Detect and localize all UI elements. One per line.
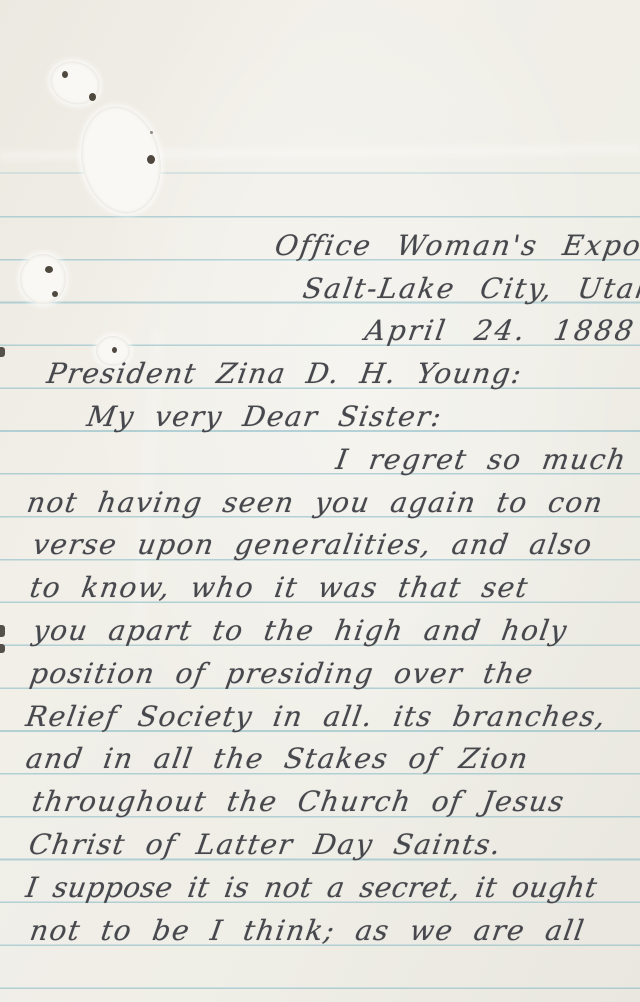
body-line: to know, who it was that set: [27, 568, 532, 608]
body-line: Relief Society in all. its branches,: [23, 697, 609, 737]
paper-damage-spot: [20, 254, 66, 304]
body-line: I regret so much: [333, 440, 630, 480]
body-line: throughout the Church of Jesus: [29, 782, 568, 822]
ink-speck: [112, 347, 117, 353]
ink-speck: [150, 131, 153, 134]
body-line: not to be I think; as we are all: [27, 911, 588, 951]
heading-date-line: April 24. 1888: [362, 311, 638, 351]
ink-speck: [89, 93, 96, 101]
ink-speck: [147, 155, 155, 164]
body-line: I suppose it is not a secret, it ought: [23, 868, 600, 908]
body-line: not having seen you again to con: [24, 483, 607, 523]
greeting-line: My very Dear Sister:: [84, 397, 445, 437]
heading-place-line: Office Woman's Exponent: [272, 226, 640, 266]
paper-damage-spot: [72, 99, 171, 221]
ink-speck: [62, 71, 68, 78]
edge-ink-mark: [0, 347, 5, 357]
body-line: you apart to the high and holy: [30, 611, 571, 651]
body-line: verse upon generalities, and also: [30, 525, 596, 565]
edge-ink-mark: [0, 625, 5, 637]
recipient-line: President Zina D. H. Young:: [44, 354, 525, 394]
body-line: position of presiding over the: [27, 654, 537, 694]
paper-damage-spot: [44, 55, 105, 112]
body-line: and in all the Stakes of Zion: [23, 739, 532, 779]
body-line: Christ of Latter Day Saints.: [26, 825, 505, 865]
edge-ink-mark: [0, 644, 5, 653]
letter-page: Office Woman's Exponent Salt-Lake City, …: [0, 0, 640, 1002]
ink-speck: [45, 266, 53, 273]
ink-speck: [52, 291, 58, 297]
heading-city-line: Salt-Lake City, Utah: [300, 269, 640, 309]
